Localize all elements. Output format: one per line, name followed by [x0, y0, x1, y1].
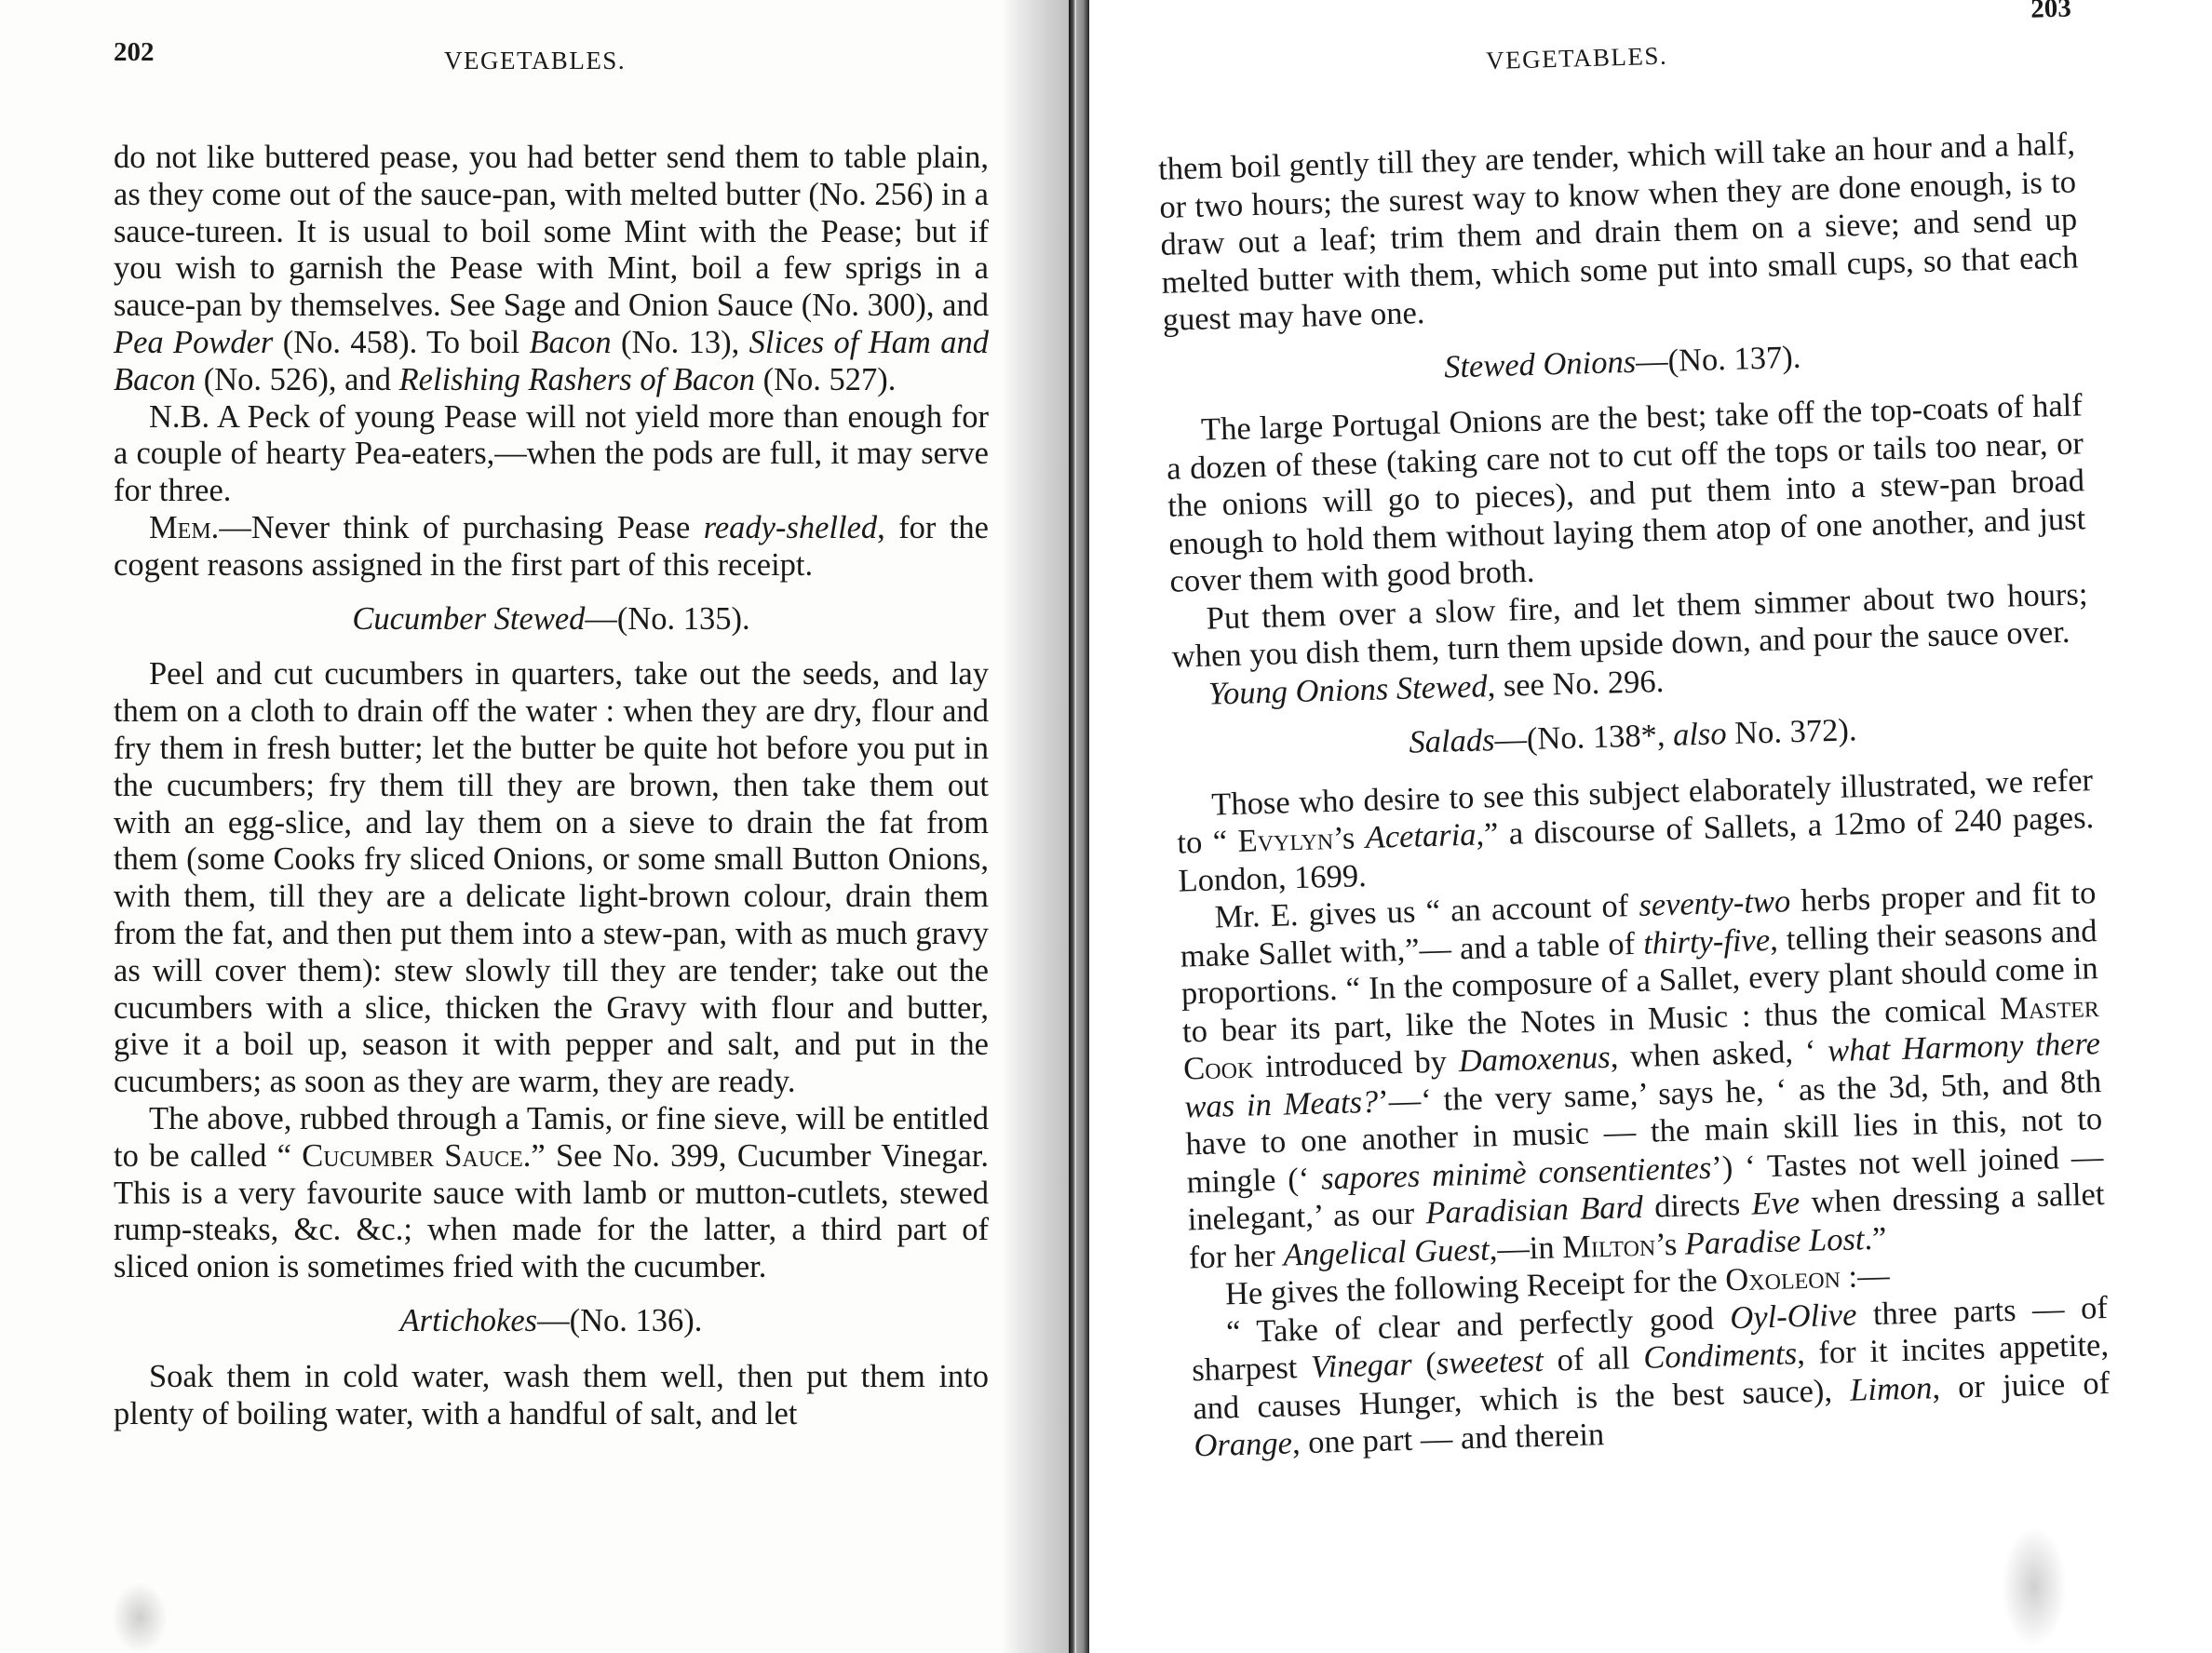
italic-text: sweetest [1436, 1343, 1544, 1381]
recipe-heading: Cucumber Stewed—(No. 135). [114, 601, 989, 638]
recipe-heading: Salads—(No. 138*, also No. 372). [1174, 705, 2092, 768]
text: ’s [1333, 820, 1367, 856]
page-body: them boil gently till they are tender, w… [1158, 125, 2111, 1464]
text: Peel and cut cucumbers in quarters, take… [114, 656, 989, 1099]
italic-text: Young Onions Stewed [1207, 668, 1488, 711]
paragraph: Soak them in cold water, wash them well,… [114, 1359, 989, 1433]
italic-text: Condiments [1643, 1336, 1798, 1376]
italic-text: Relishing Rashers of Bacon [399, 362, 755, 397]
page-body: do not like buttered pease, you had bett… [114, 140, 989, 1432]
paragraph: Mr. E. gives us “ an account of seventy-… [1179, 874, 2106, 1276]
italic-text: Damoxenus [1458, 1040, 1611, 1080]
text: ’s [1655, 1226, 1686, 1262]
italic-text: seventy-two [1639, 883, 1791, 923]
text: , or juice of [1932, 1364, 2111, 1404]
italic-text: Orange [1194, 1425, 1292, 1463]
small-caps-text: Cucumber Sauce. [302, 1138, 531, 1174]
text: The large Portugal Onions are the best; … [1167, 387, 2086, 598]
text: —Never think of purchasing Pease [219, 510, 703, 545]
text: , one part — and therein [1291, 1417, 1604, 1460]
paragraph: Mem.—Never think of purchasing Pease rea… [114, 510, 989, 585]
text: (No. 13), [612, 325, 749, 360]
scan-smudge [2002, 1526, 2067, 1647]
text: , when asked, ‘ [1610, 1033, 1828, 1075]
left-page-column: 202 VEGETABLES. do not like buttered pea… [114, 37, 989, 1432]
text: ,—in [1489, 1230, 1563, 1267]
running-head-title: VEGETABLES. [444, 47, 626, 75]
right-page-column: VEGETABLES. 203 them boil gently till th… [1154, 2, 2111, 1464]
italic-text: Vinegar [1311, 1347, 1413, 1385]
recipe-number: —(No. 137). [1636, 339, 1801, 379]
text: of all [1543, 1340, 1644, 1378]
paragraph: them boil gently till they are tender, w… [1158, 125, 2080, 339]
recipe-heading: Stewed Onions—(No. 137). [1164, 330, 2082, 394]
recipe-number: —(No. 138*, [1494, 718, 1674, 758]
recipe-number: —(No. 135). [585, 601, 749, 637]
italic-text: Oyl-Olive [1730, 1297, 1857, 1336]
recipe-number-note: also [1673, 716, 1728, 753]
paragraph: N.B. A Peck of young Pease will not yiel… [114, 399, 989, 510]
recipe-title: Salads [1409, 722, 1495, 760]
running-head: 202 VEGETABLES. [114, 37, 989, 84]
text: .” [1864, 1220, 1887, 1257]
paragraph: The above, rubbed through a Tamis, or fi… [114, 1101, 989, 1286]
recipe-number: No. 372). [1726, 712, 1857, 751]
text: introduced by [1253, 1043, 1460, 1084]
text: directs [1642, 1187, 1752, 1225]
page-number: 203 [2030, 0, 2071, 25]
text: (No. 458). To boil [273, 325, 529, 360]
running-head-title: VEGETABLES. [1486, 42, 1668, 75]
recipe-heading: Artichokes—(No. 136). [114, 1303, 989, 1340]
italic-text: Angelical Guest [1283, 1231, 1490, 1272]
text: ( [1411, 1346, 1436, 1382]
recipe-number: —(No. 136). [537, 1303, 702, 1338]
paragraph: do not like buttered pease, you had bett… [114, 140, 989, 399]
italic-text: thirty-five [1643, 921, 1771, 961]
italic-text: Bacon [529, 325, 611, 360]
text: :— [1840, 1257, 1890, 1294]
recipe-title: Cucumber Stewed [352, 601, 585, 637]
text: (No. 527). [755, 362, 896, 397]
text: , see No. 296. [1487, 664, 1665, 704]
recipe-title: Stewed Onions [1444, 343, 1637, 384]
italic-text: Paradise Lost [1684, 1221, 1865, 1261]
scan-smudge [112, 1582, 168, 1653]
text: N.B. A Peck of young Pease will not yiel… [114, 399, 989, 509]
small-caps-text: Milton [1562, 1227, 1656, 1265]
italic-text: Eve [1751, 1185, 1801, 1221]
paragraph: “ Take of clear and perfectly good Oyl-O… [1191, 1288, 2111, 1464]
small-caps-text: Mem. [149, 510, 219, 545]
paragraph: Peel and cut cucumbers in quarters, take… [114, 656, 989, 1101]
page-number: 202 [114, 37, 155, 68]
italic-text: Pea Powder [114, 325, 273, 360]
text: Soak them in cold water, wash them well,… [114, 1359, 989, 1431]
paragraph: The large Portugal Onions are the best; … [1166, 386, 2087, 600]
recipe-title: Artichokes [400, 1303, 538, 1338]
text: (No. 526), and [196, 362, 398, 397]
small-caps-text: Oxoleon [1725, 1259, 1841, 1297]
italic-text: Limon [1850, 1370, 1933, 1407]
italic-text: ready-shelled [704, 510, 877, 545]
book-spine-edge [1069, 0, 1076, 1653]
italic-text: Paradisian Bard [1425, 1189, 1643, 1231]
small-caps-text: Evylyn [1237, 821, 1334, 859]
italic-text: Acetaria [1365, 817, 1477, 855]
text: them boil gently till they are tender, w… [1158, 126, 2079, 337]
text: do not like buttered pease, you had bett… [114, 140, 989, 323]
